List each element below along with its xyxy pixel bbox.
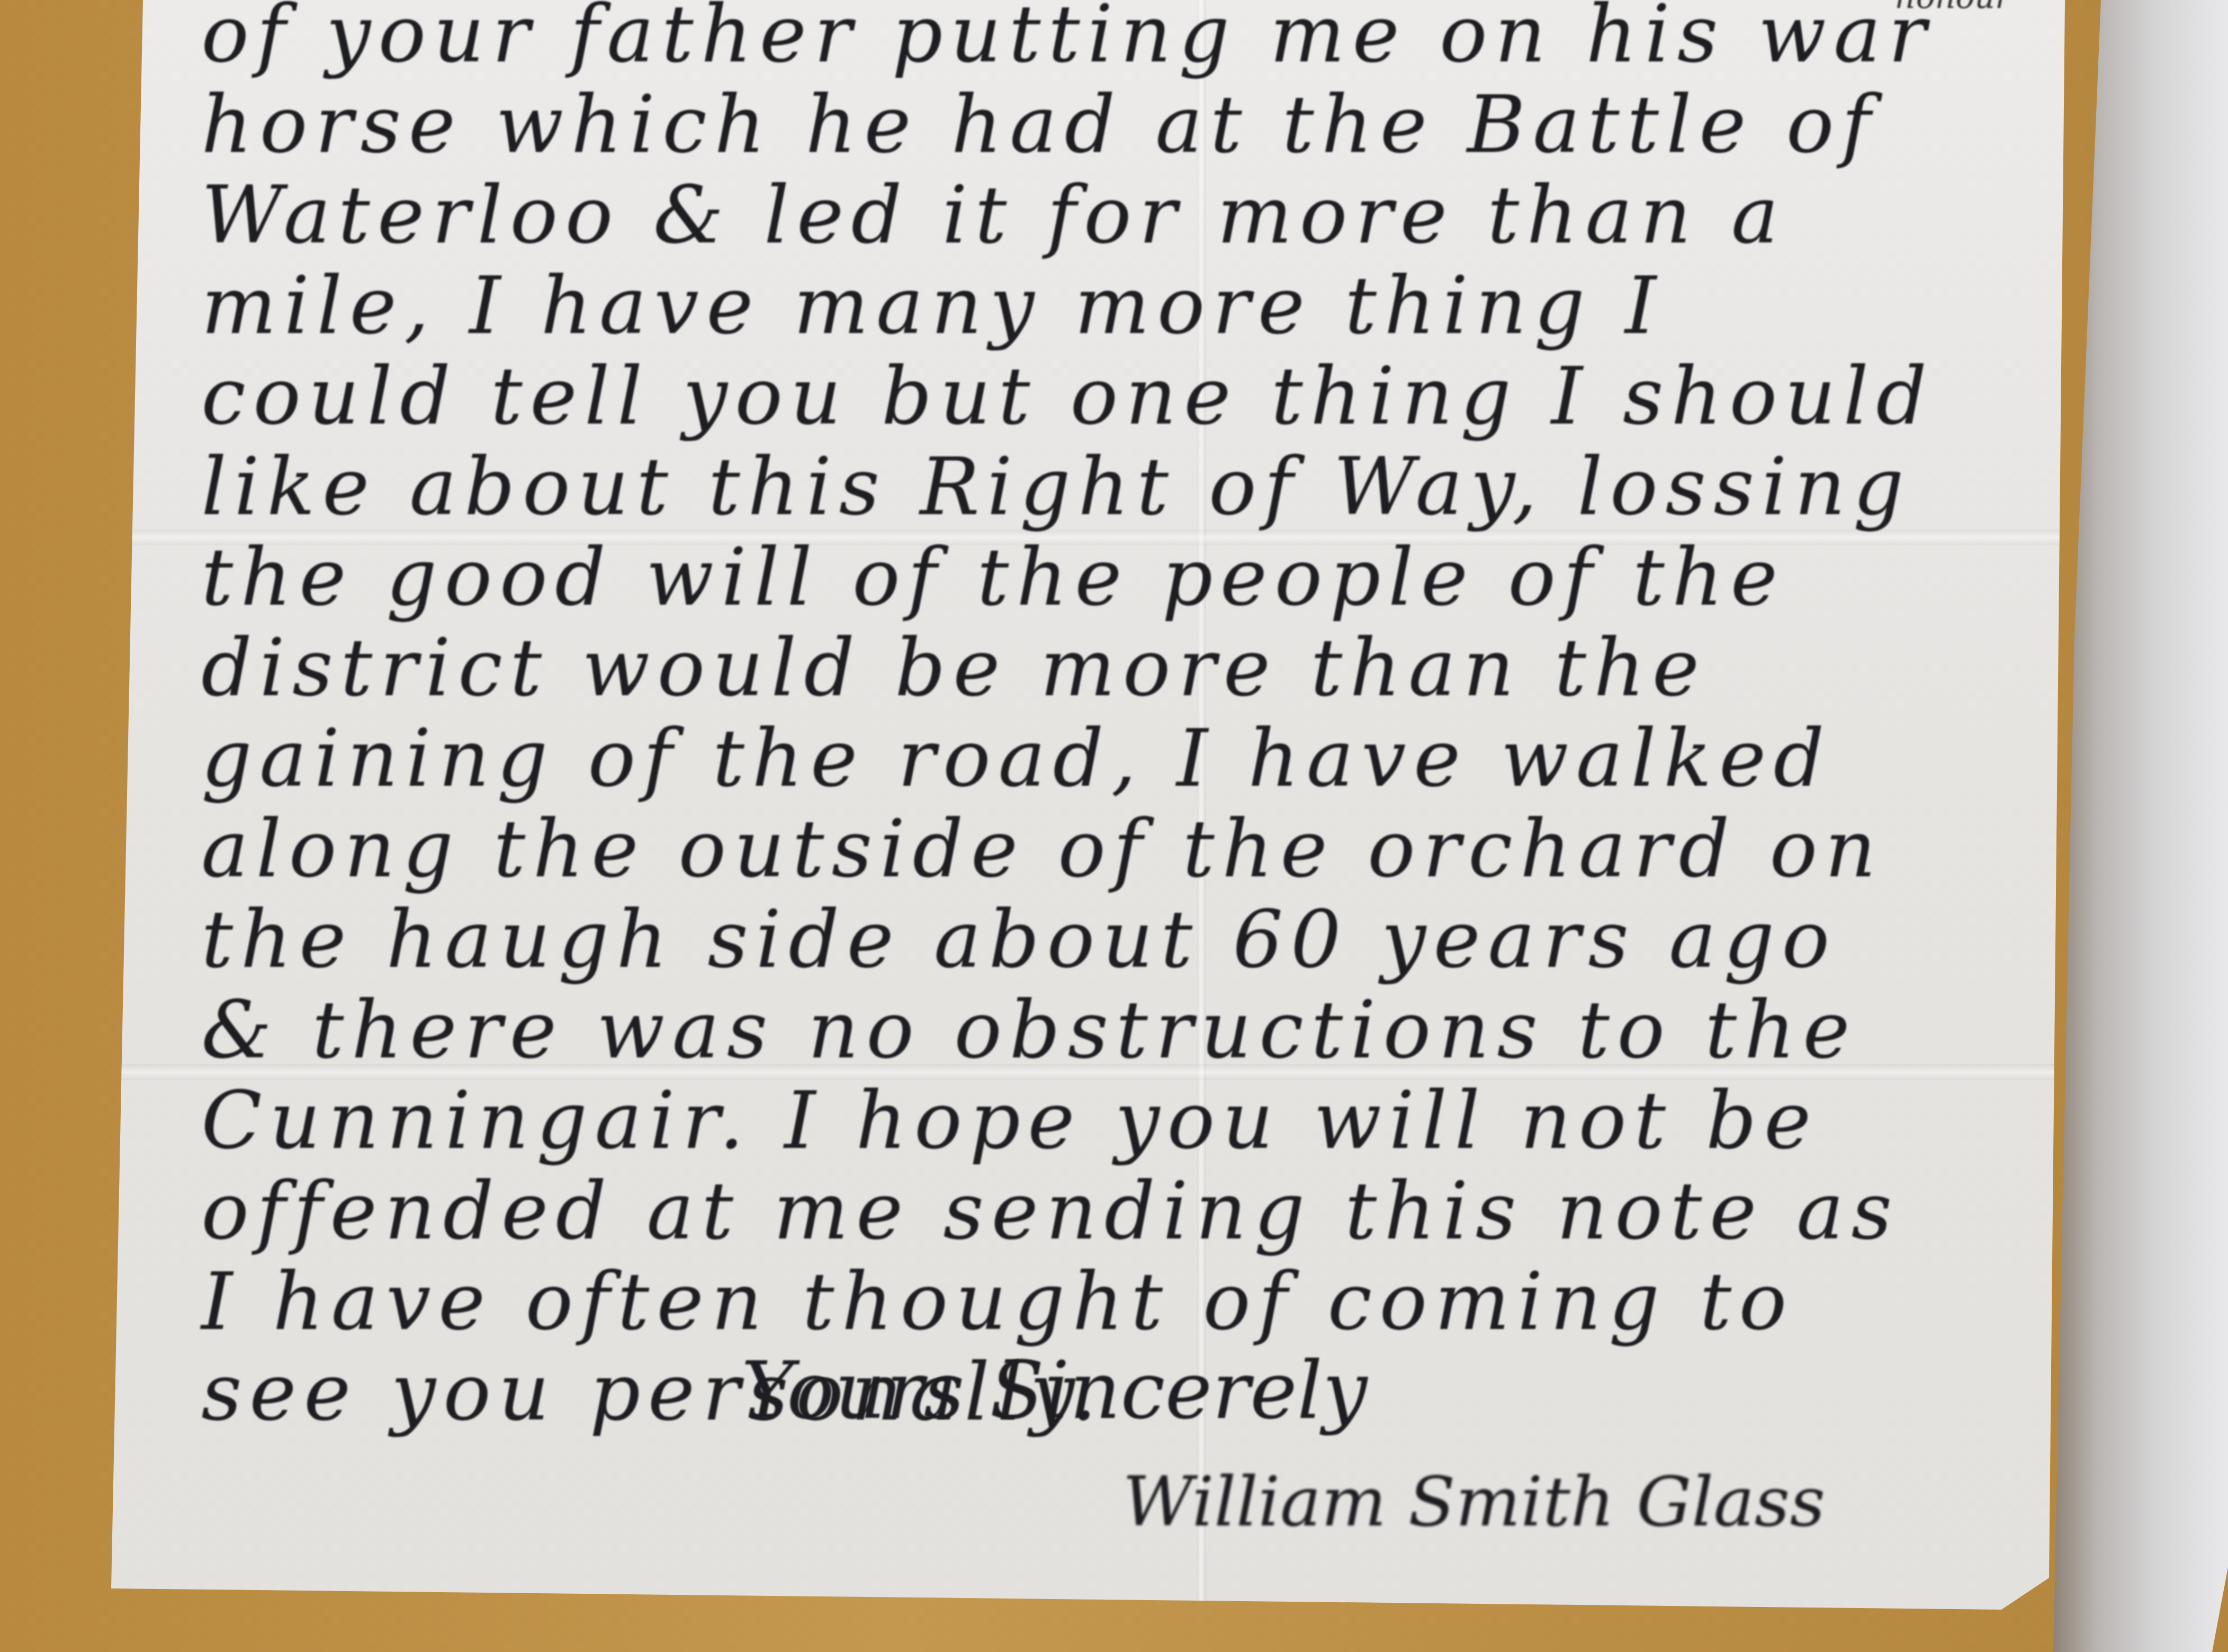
letter-signature: William Smith Glass (1122, 1461, 1825, 1542)
letter-line: & there was no obstructions to the (201, 985, 2001, 1076)
letter-line: Cunningair. I hope you will not be (201, 1076, 2001, 1166)
letter-line: along the outside of the orchard on (201, 804, 2001, 895)
letter-body: of your father putting me on his war hor… (201, 0, 2001, 1438)
letter-line: the good will of the people of the (201, 533, 2001, 623)
letter-paper: honour of your father putting me on his … (0, 0, 2228, 1652)
letter-line: gaining of the road, I have walked (201, 714, 2001, 804)
fabric-background (2053, 0, 2228, 1652)
letter-line: horse which he had at the Battle of (201, 80, 2001, 170)
letter-line: offended at me sending this note as (201, 1166, 2001, 1257)
letter-line: I have often thought of coming to (201, 1257, 2001, 1348)
letter-line: the haugh side about 60 years ago (201, 895, 2001, 985)
letter-line: Waterloo & led it for more than a (201, 170, 2001, 261)
letter-line: mile, I have many more thing I (201, 261, 2001, 352)
letter-line: like about this Right of Way, lossing (201, 442, 2001, 533)
letter-closing: Yours Sincerely (741, 1345, 1368, 1437)
letter-line: district would be more than the (201, 623, 2001, 714)
letter-line: of your father putting me on his war (201, 0, 2001, 80)
letter-line: could tell you but one thing I should (201, 352, 2001, 442)
